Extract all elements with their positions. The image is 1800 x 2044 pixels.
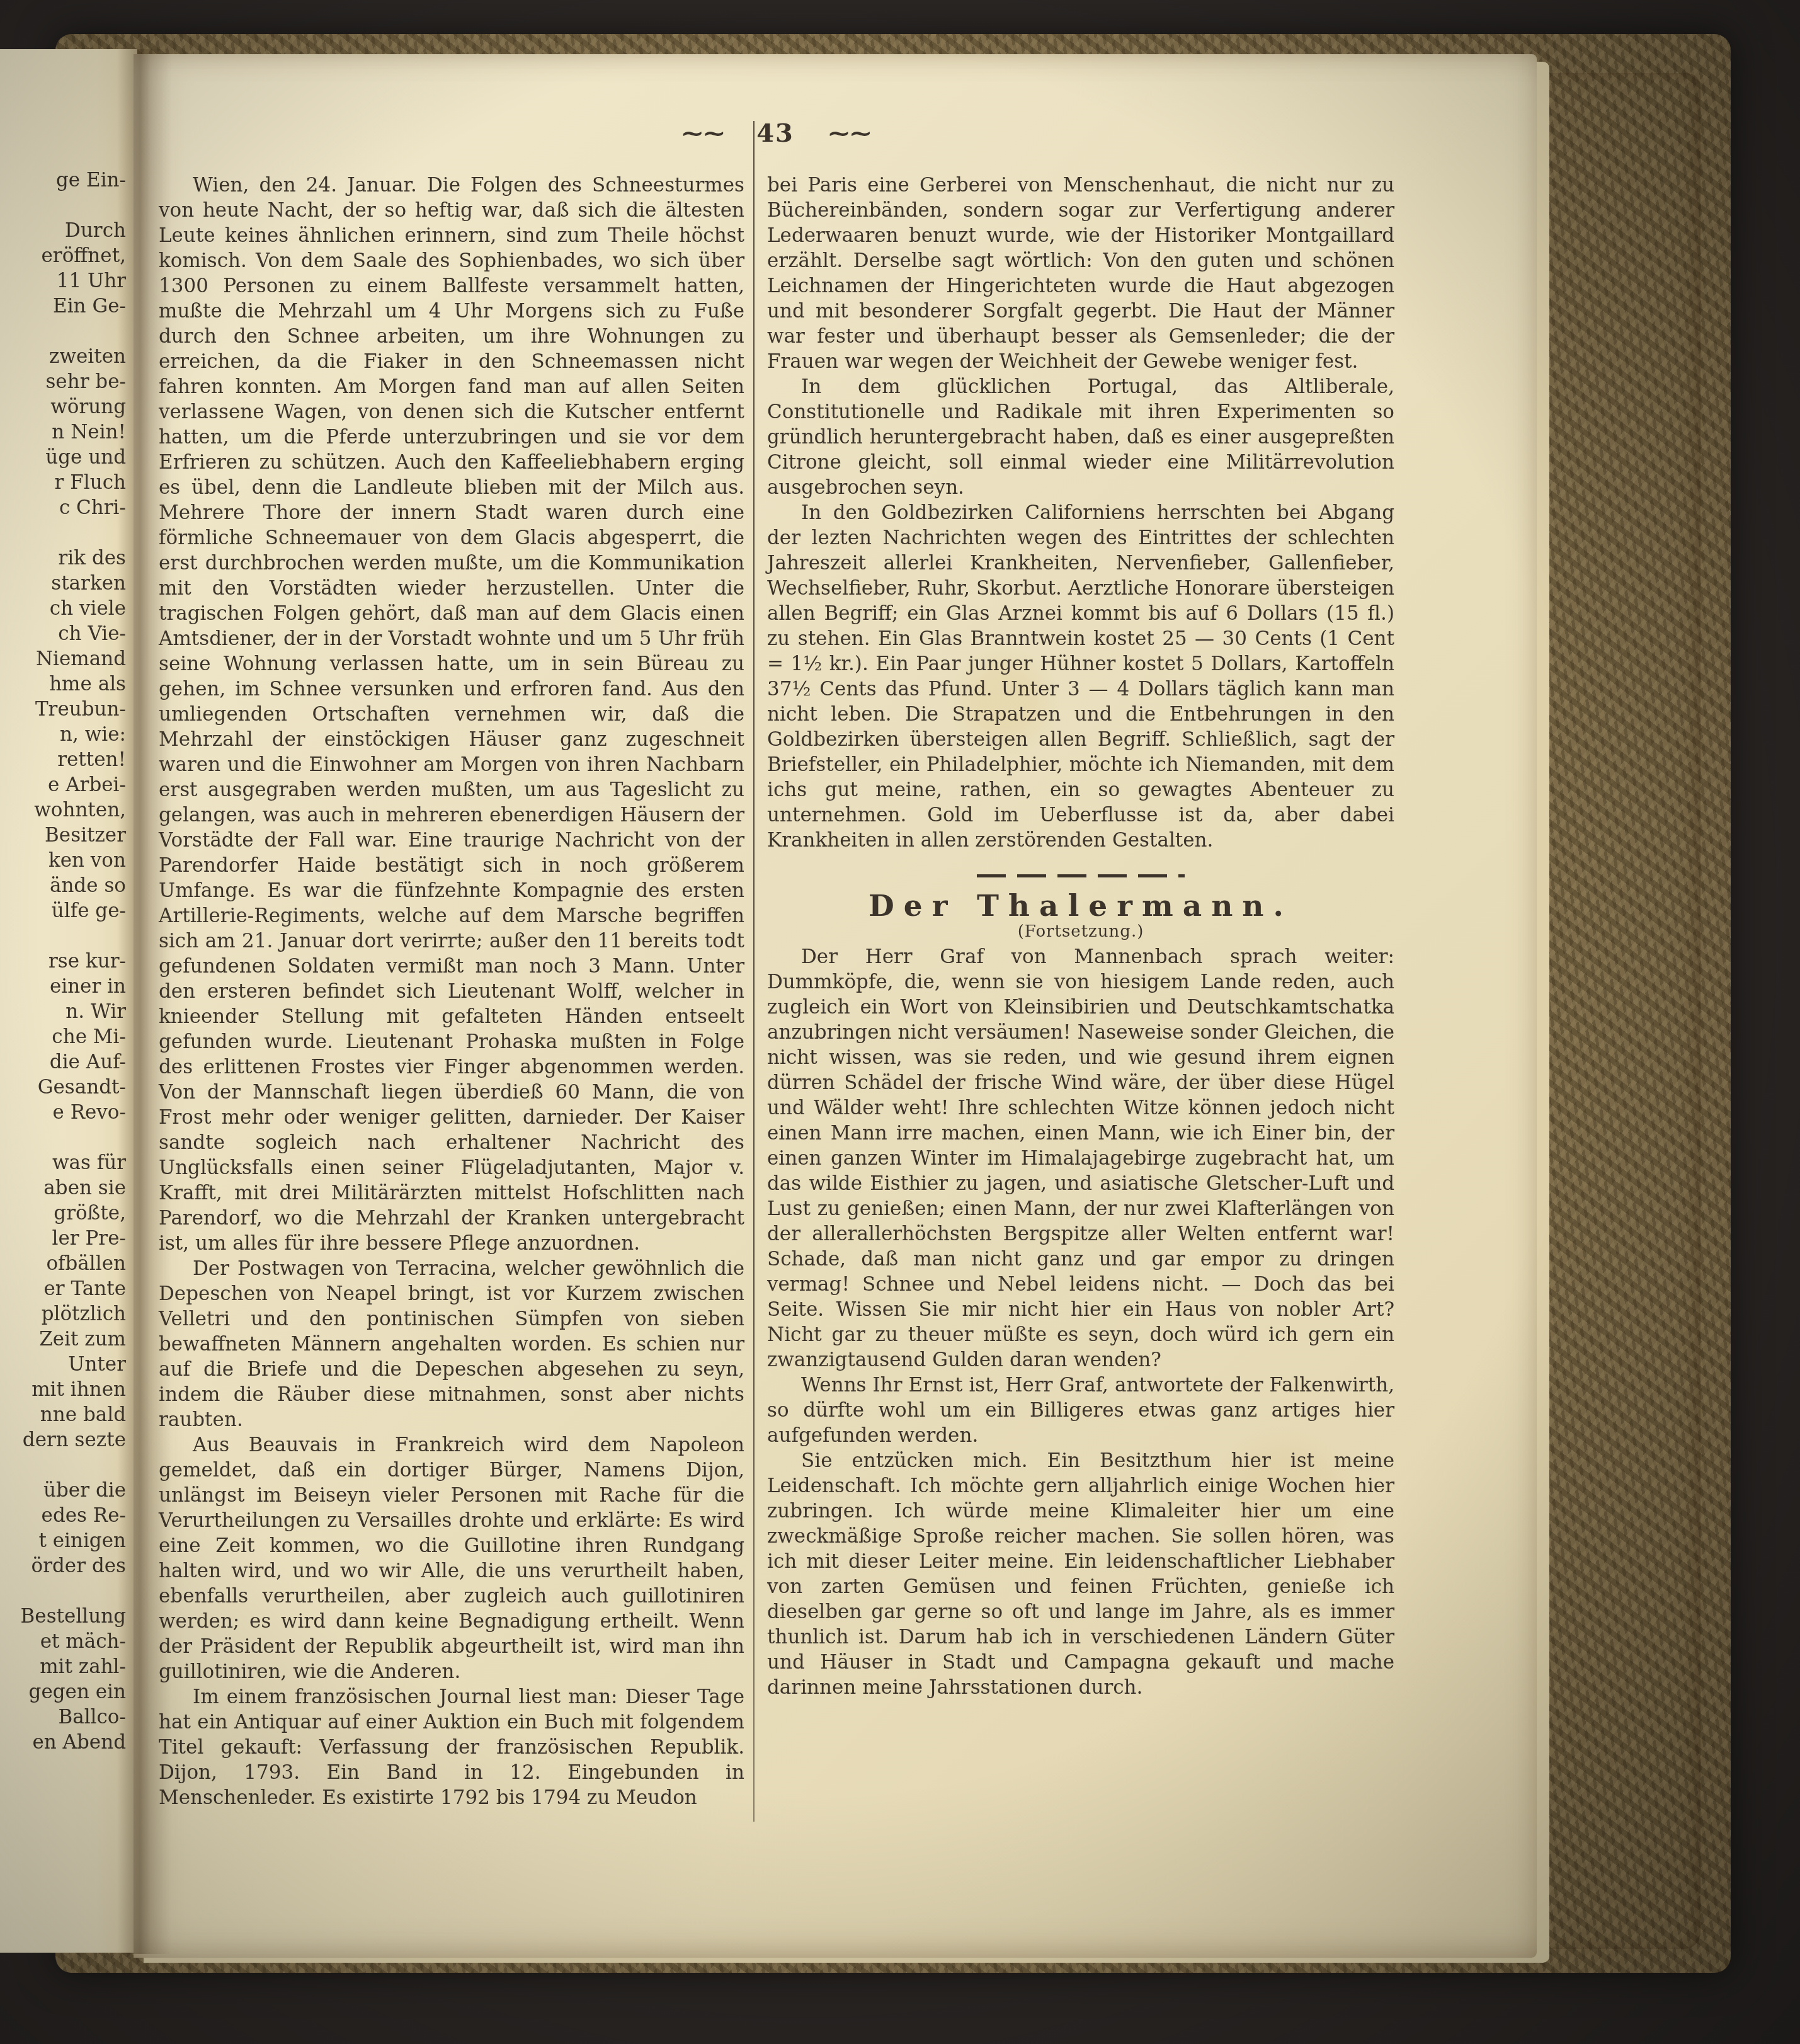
fragment-line: ge Ein- (0, 168, 126, 193)
book-scan-scene: ge Ein- Durcheröffnet,11 UhrEin Ge- zwei… (0, 0, 1800, 2044)
fragment-line: ken von (0, 848, 126, 873)
fragment-line: c Chri- (0, 495, 126, 520)
column-divider-rule (753, 121, 755, 1822)
right-text-column: bei Paris eine Gerberei von Menschenhaut… (767, 173, 1394, 1700)
fragment-line: Unter (0, 1352, 126, 1377)
fragment-line: wörung (0, 394, 126, 420)
news-paragraph: Aus Beauvais in Frankreich wird dem Napo… (159, 1432, 744, 1684)
fragment-line: Bestellung (0, 1604, 126, 1629)
fragment-line: dern sezte (0, 1427, 126, 1453)
fragment-line: Durch (0, 218, 126, 243)
news-paragraph: In dem glücklichen Portugal, das Altlibe… (767, 374, 1394, 500)
fragment-line: ände so (0, 873, 126, 898)
fragment-line (0, 923, 126, 949)
news-paragraph: bei Paris eine Gerberei von Menschenhaut… (767, 173, 1394, 374)
fragment-line: edes Re- (0, 1503, 126, 1528)
fragment-line: ch Vie- (0, 621, 126, 646)
fragment-line: Ballco- (0, 1704, 126, 1730)
previous-page-text-fragments: ge Ein- Durcheröffnet,11 UhrEin Ge- zwei… (0, 168, 126, 1755)
newspaper-page: ~~ 43 ~~ Wien, den 24. Januar. Die Folge… (134, 54, 1537, 1958)
fragment-line: n. Wir (0, 999, 126, 1024)
fragment-line: mit zahl- (0, 1654, 126, 1679)
fragment-line (0, 319, 126, 344)
left-text-column: Wien, den 24. Januar. Die Folgen des Sch… (159, 173, 744, 1810)
fragment-line: größte, (0, 1201, 126, 1226)
fragment-line (0, 520, 126, 545)
fragment-line: e Arbei- (0, 772, 126, 797)
section-title: Der Thalermann. (767, 894, 1394, 919)
fragment-line: hme als (0, 671, 126, 697)
fragment-line: Besitzer (0, 823, 126, 848)
fragment-line: r Fluch (0, 470, 126, 495)
fragment-line: retten! (0, 747, 126, 772)
fragment-line (0, 1453, 126, 1478)
fragment-line: örder des (0, 1553, 126, 1579)
fragment-line: aben sie (0, 1175, 126, 1201)
fragment-line: 11 Uhr (0, 268, 126, 294)
fragment-line: Treubun- (0, 697, 126, 722)
news-paragraph: Wien, den 24. Januar. Die Folgen des Sch… (159, 173, 744, 1256)
right-column-top-paragraphs: bei Paris eine Gerberei von Menschenhaut… (767, 173, 1394, 853)
fragment-line: en Abend (0, 1730, 126, 1755)
previous-page-sliver: ge Ein- Durcheröffnet,11 UhrEin Ge- zwei… (0, 49, 137, 1953)
fragment-line: einer in (0, 974, 126, 999)
fragment-line: rse kur- (0, 949, 126, 974)
header-ornament-right: ~~ (827, 119, 870, 146)
fragment-line: plötzlich (0, 1301, 126, 1327)
fragment-line: gegen ein (0, 1679, 126, 1704)
fragment-line: et mäch- (0, 1629, 126, 1654)
fragment-line: wohnten, (0, 797, 126, 823)
fragment-line: e Revo- (0, 1100, 126, 1125)
section-subtitle: (Fortsetzung.) (767, 919, 1394, 944)
fragment-line: rik des (0, 545, 126, 571)
page-header: ~~ 43 ~~ (157, 116, 1393, 150)
fragment-line (0, 1125, 126, 1150)
page-number: 43 (756, 118, 794, 148)
story-paragraph: Sie entzücken mich. Ein Besitzthum hier … (767, 1448, 1394, 1700)
section-divider (977, 874, 1185, 877)
fragment-line: starken (0, 571, 126, 596)
fragment-line: n Nein! (0, 420, 126, 445)
story-paragraph: Wenns Ihr Ernst ist, Herr Graf, antworte… (767, 1373, 1394, 1448)
fragment-line: Ein Ge- (0, 294, 126, 319)
fragment-line: nne bald (0, 1402, 126, 1427)
fragment-line: che Mi- (0, 1024, 126, 1049)
fragment-line: Zeit zum (0, 1327, 126, 1352)
fragment-line: eröffnet, (0, 243, 126, 268)
fragment-line: Niemand (0, 646, 126, 671)
fragment-line: er Tante (0, 1276, 126, 1301)
fragment-line: die Auf- (0, 1049, 126, 1075)
fragment-line: n, wie: (0, 722, 126, 747)
news-paragraph: Der Postwagen von Terracina, welcher gew… (159, 1256, 744, 1432)
fragment-line (0, 1579, 126, 1604)
fragment-line: mit ihnen (0, 1377, 126, 1402)
news-paragraph: Im einem französischen Journal liest man… (159, 1684, 744, 1810)
fragment-line: Gesandt- (0, 1075, 126, 1100)
story-paragraph: Der Herr Graf von Mannenbach sprach weit… (767, 944, 1394, 1373)
fragment-line: ch viele (0, 596, 126, 621)
fragment-line: was für (0, 1150, 126, 1175)
header-ornament-left: ~~ (680, 119, 724, 146)
fragment-line: über die (0, 1478, 126, 1503)
news-paragraph: In den Goldbezirken Californiens herrsch… (767, 500, 1394, 853)
fragment-line: üge und (0, 445, 126, 470)
right-column-story-paragraphs: Der Herr Graf von Mannenbach sprach weit… (767, 944, 1394, 1700)
fragment-line (0, 193, 126, 218)
fragment-line: zweiten (0, 344, 126, 369)
fragment-line: ülfe ge- (0, 898, 126, 923)
fragment-line: ler Pre- (0, 1226, 126, 1251)
fragment-line: t einigen (0, 1528, 126, 1553)
fragment-line: sehr be- (0, 369, 126, 394)
fragment-line: ofbällen (0, 1251, 126, 1276)
